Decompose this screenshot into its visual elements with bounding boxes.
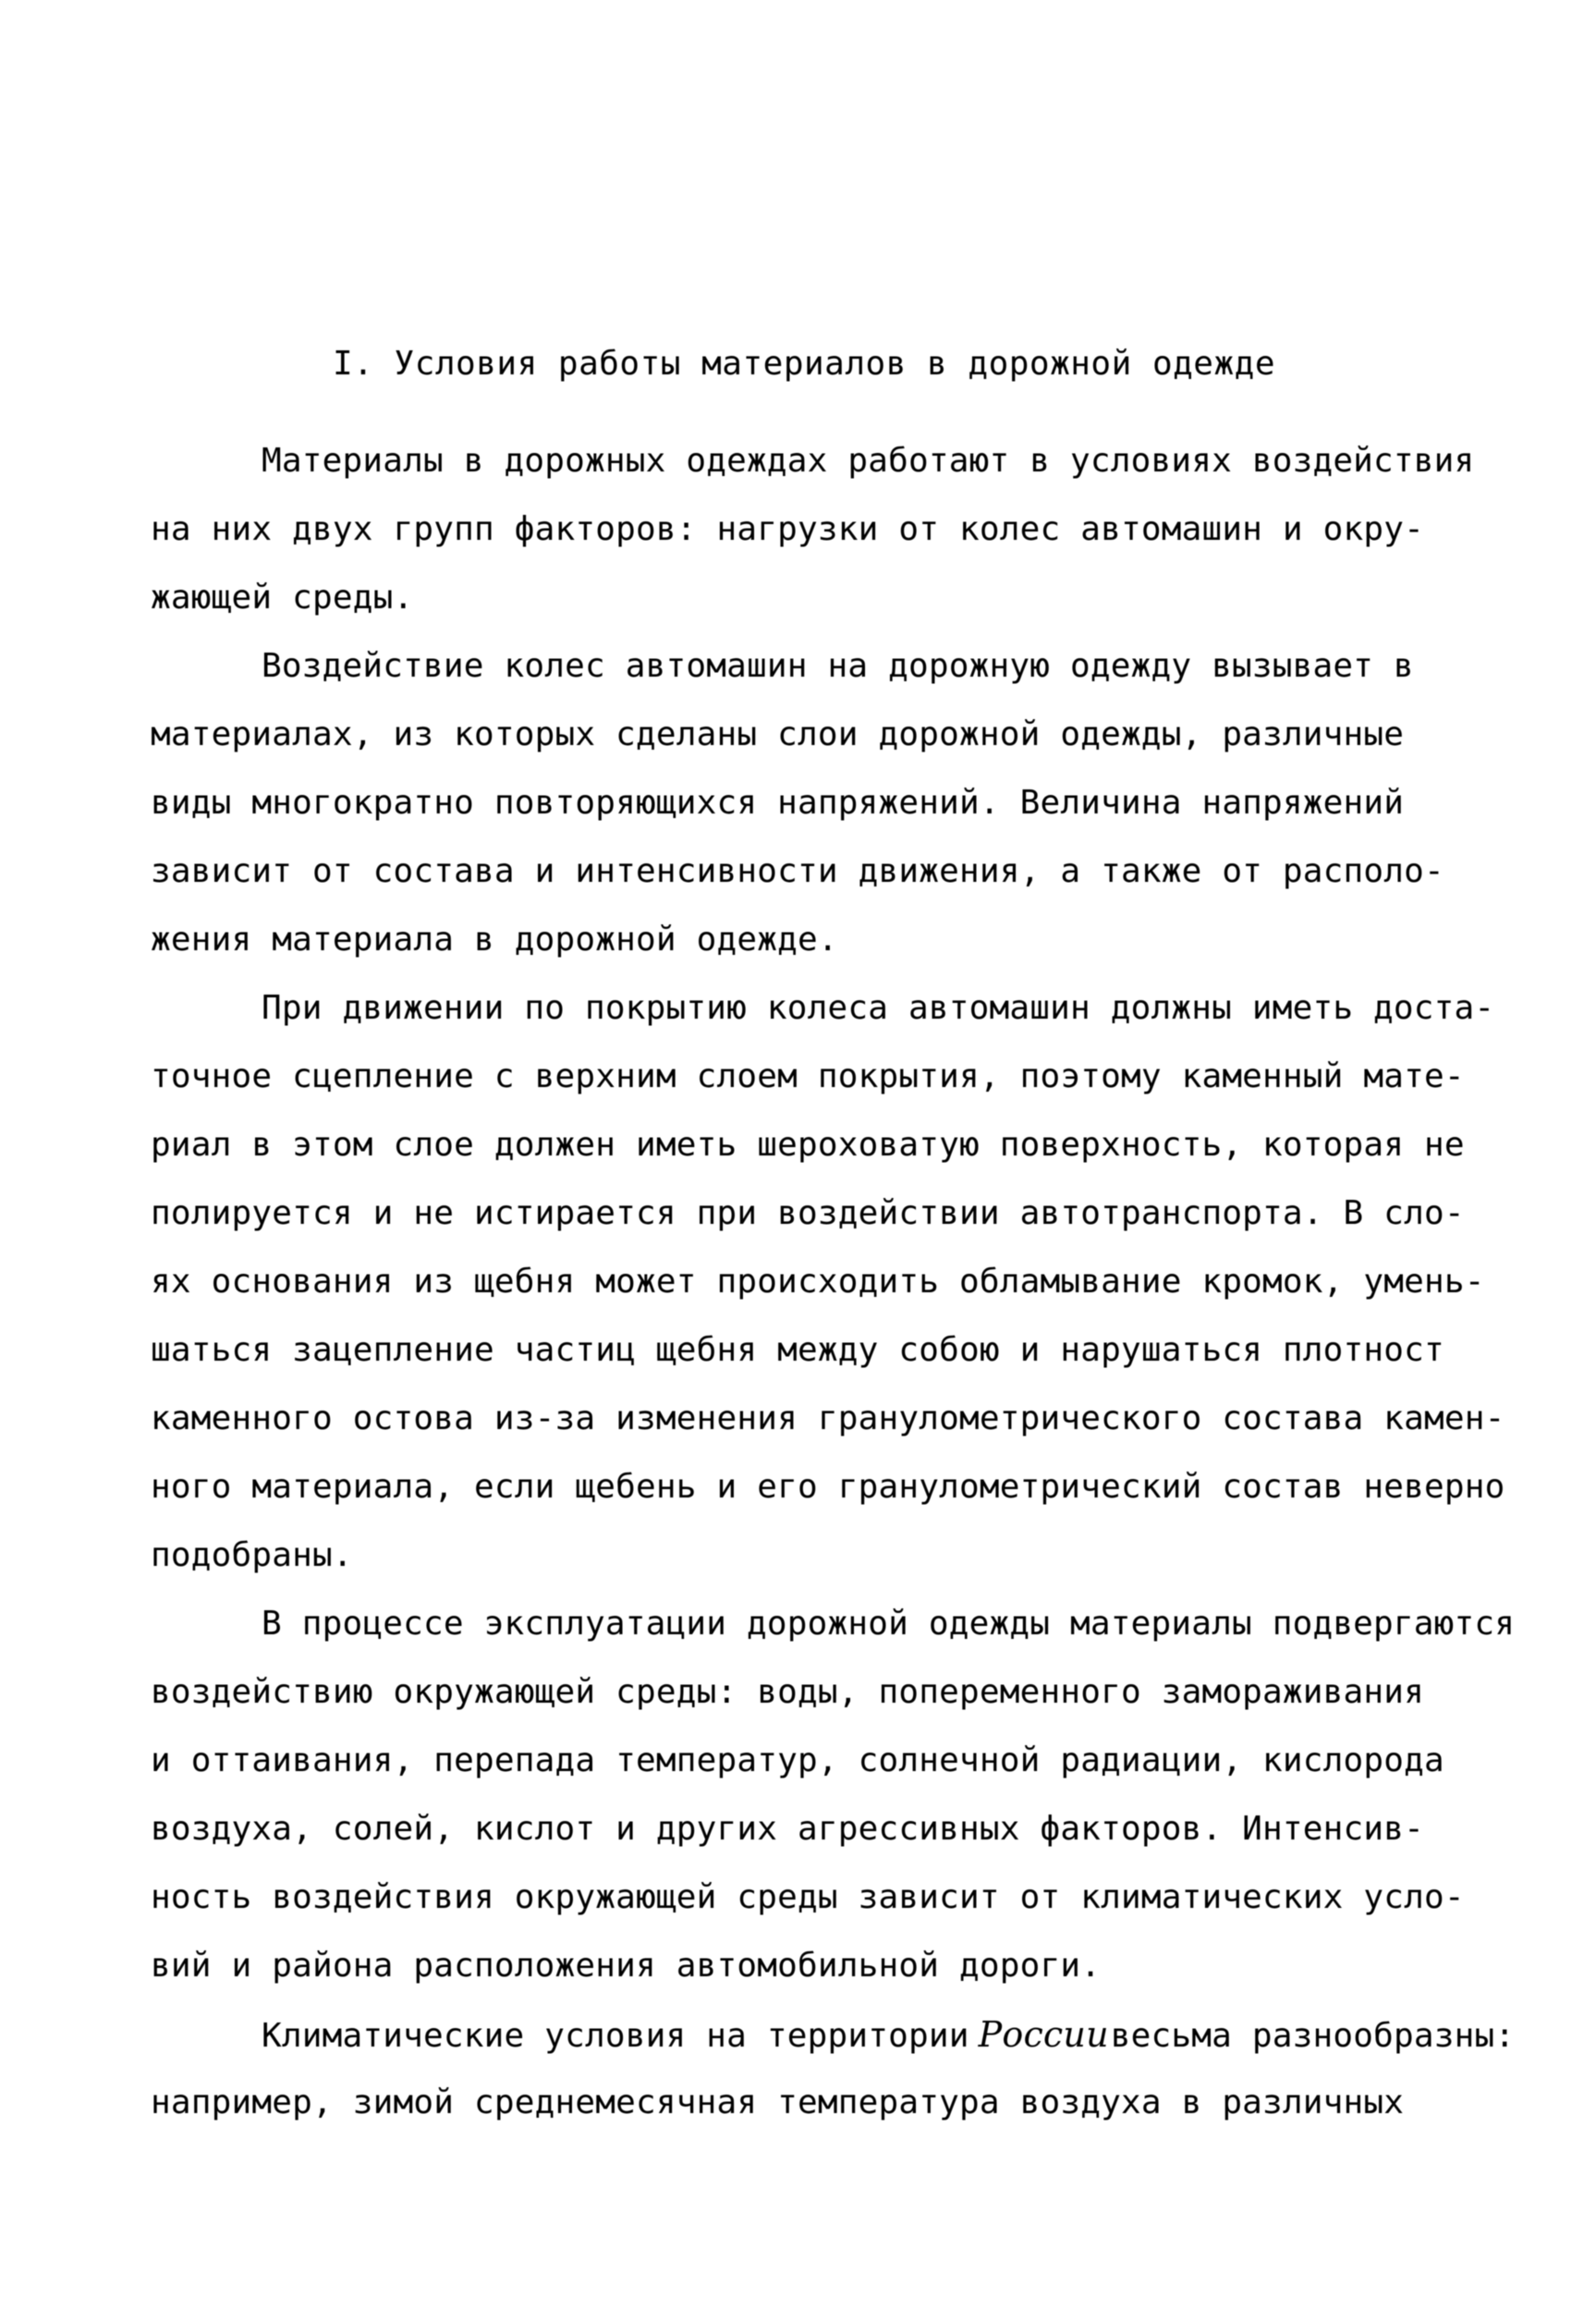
text-line: точное сцепление с верхним слоем покрыти… xyxy=(151,1043,1500,1111)
text-line: зависит от состава и интенсивности движе… xyxy=(151,837,1500,906)
text-line: и оттаивания, перепада температур, солне… xyxy=(151,1727,1500,1795)
text-line: вий и района расположения автомобильной … xyxy=(151,1932,1500,2000)
text-line: например, зимой среднемесячная температу… xyxy=(151,2069,1500,2137)
text-line: ность воздействия окружающей среды завис… xyxy=(151,1864,1500,1932)
text-line: ях основания из щебня может происходить … xyxy=(151,1248,1500,1316)
text-line: шаться зацепление частиц щебня между соб… xyxy=(151,1316,1500,1385)
text-line: риал в этом слое должен иметь шероховату… xyxy=(151,1111,1500,1179)
text-line: материалах, из которых сделаны слои доро… xyxy=(151,701,1500,769)
document-page: I. Условия работы материалов в дорожной … xyxy=(0,0,1596,2322)
text-line: воздействию окружающей среды: воды, попе… xyxy=(151,1658,1500,1727)
text-line: ного материала, если щебень и его гранул… xyxy=(151,1453,1500,1522)
scanned-text-layer: I. Условия работы материалов в дорожной … xyxy=(0,0,1596,2322)
text-line: Воздействие колес автомашин на дорожную … xyxy=(151,632,1500,701)
text-segment: весьма разнообразны: xyxy=(1111,2017,1515,2055)
text-line: каменного остова из-за изменения грануло… xyxy=(151,1385,1500,1453)
text-line: жающей среды. xyxy=(151,564,1500,632)
document-body: Материалы в дорожных одеждах работают в … xyxy=(151,427,1500,2137)
text-line: При движении по покрытию колеса автомаши… xyxy=(151,974,1500,1043)
text-line: В процессе эксплуатации дорожной одежды … xyxy=(151,1590,1500,1658)
text-line: Климатические условия на территорииРосси… xyxy=(151,2000,1500,2069)
text-line: на них двух групп факторов: нагрузки от … xyxy=(151,495,1500,564)
text-line: жения материала в дорожной одежде. xyxy=(151,906,1500,974)
text-line: виды многократно повторяющихся напряжени… xyxy=(151,769,1500,837)
handwritten-word: России xyxy=(979,2014,1109,2055)
text-line: воздуха, солей, кислот и других агрессив… xyxy=(151,1795,1500,1864)
text-segment: Климатические условия на территории xyxy=(262,2017,969,2055)
text-line: подобраны. xyxy=(151,1522,1500,1590)
text-line: Материалы в дорожных одеждах работают в … xyxy=(151,427,1500,495)
section-title: I. Условия работы материалов в дорожной … xyxy=(333,344,1275,385)
text-line: полируется и не истирается при воздейств… xyxy=(151,1179,1500,1248)
